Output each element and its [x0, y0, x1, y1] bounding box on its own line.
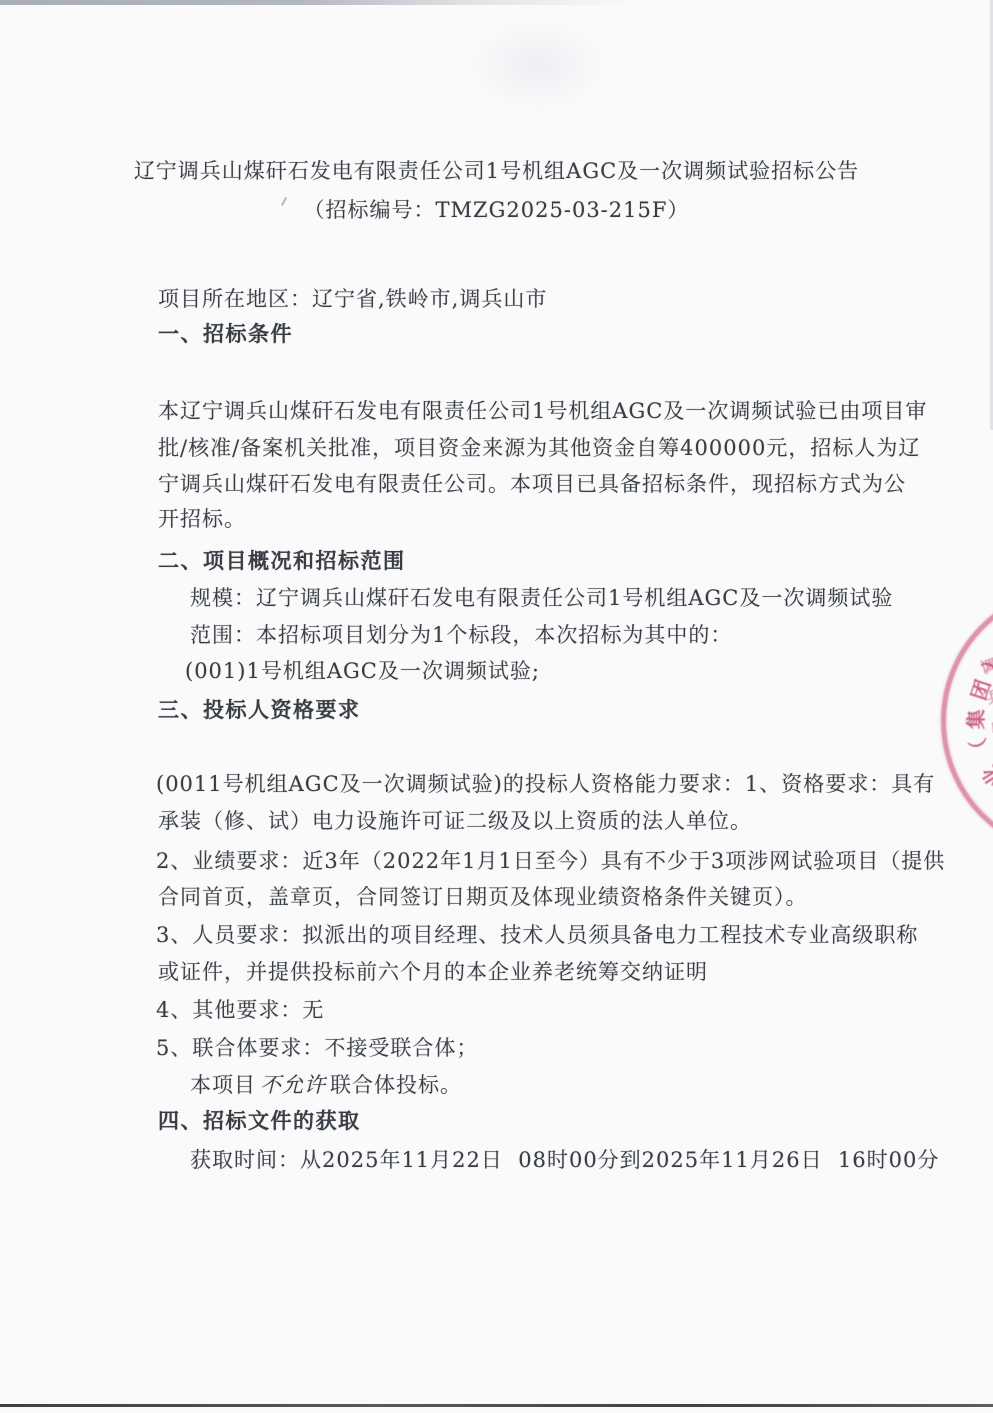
lot-line: (001)1号机组AGC及一次调频试验;: [185, 658, 540, 684]
qualification-line: 3、人员要求：拟派出的项目经理、技术人员须具备电力工程技术专业高级职称: [156, 922, 918, 948]
joint-venture-line: 本项目不允许联合体投标。: [190, 1072, 462, 1098]
qualification-line: 合同首页，盖章页，合同签订日期页及体现业绩资格条件关键页）。: [158, 884, 808, 910]
scan-artifact-top-edge: [0, 0, 993, 5]
jv-prefix: 本项目: [190, 1073, 256, 1097]
qualification-line: 4、其他要求：无: [156, 997, 324, 1023]
section-heading-1: 一、招标条件: [158, 321, 293, 347]
stamp-ring-char: 集: [964, 707, 988, 731]
section1-paragraph-line: 本辽宁调兵山煤矸石发电有限责任公司1号机组AGC及一次调频试验已由项目审: [158, 398, 927, 424]
doc-subtitle-tender-number: （招标编号：TMZG2025-03-215F）: [0, 197, 993, 223]
stamp-inner-char: 兵: [984, 686, 993, 707]
qualification-line: 或证件，并提供投标前六个月的本企业养老统筹交纳证明: [158, 959, 708, 985]
section-heading-3: 三、投标人资格要求: [158, 697, 361, 723]
section-heading-4: 四、招标文件的获取: [158, 1108, 361, 1134]
scan-artifact-smudge: [468, 18, 608, 113]
jv-not-allowed-italic: 不允许: [260, 1073, 326, 1097]
stamp-inner-char: 调: [978, 656, 993, 679]
qualification-line: 2、业绩要求：近3年（2022年1月1日至今）具有不少于3项涉网试验项目（提供: [156, 848, 945, 874]
section1-paragraph-line: 宁调兵山煤矸石发电有限责任公司。本项目已具备招标条件，现招标方式为公: [158, 471, 906, 497]
qualification-line: (0011号机组AGC及一次调频试验)的投标人资格能力要求：1、资格要求：具有: [156, 771, 935, 797]
section1-paragraph-line: 批/核准/备案机关批准，项目资金来源为其他资金自筹400000元，招标人为辽: [158, 435, 920, 461]
project-scale-line: 规模：辽宁调兵山煤矸石发电有限责任公司1号机组AGC及一次调频试验: [190, 585, 893, 611]
stamp-inner-char: 山: [989, 717, 993, 737]
qualification-line: 承装（修、试）电力设施许可证二级及以上资质的法人单位。: [158, 808, 752, 834]
company-stamp: ） 团 集 （ 业 煤 调 兵 山: [941, 585, 993, 857]
qualification-line: 5、联合体要求：不接受联合体；: [156, 1035, 478, 1061]
stamp-ring-char: 业: [976, 759, 993, 792]
section1-paragraph-line: 开招标。: [158, 506, 246, 532]
scanned-document-page: 辽宁调兵山煤矸石发电有限责任公司1号机组AGC及一次调频试验招标公告 （招标编号…: [0, 0, 993, 1413]
project-scope-line: 范围：本招标项目划分为1个标段，本次招标为其中的：: [190, 622, 732, 648]
project-location-line: 项目所在地区：辽宁省,铁岭市,调兵山市: [158, 286, 547, 312]
jv-suffix: 联合体投标。: [330, 1073, 462, 1097]
stamp-ring-char: （: [965, 734, 993, 764]
doc-title: 辽宁调兵山煤矸石发电有限责任公司1号机组AGC及一次调频试验招标公告: [0, 158, 993, 184]
scan-artifact-bottom-edge: [0, 1404, 993, 1407]
obtain-time-line: 获取时间：从2025年11月22日 08时00分到2025年11月26日 16时…: [190, 1147, 939, 1173]
section-heading-2: 二、项目概况和招标范围: [158, 548, 406, 574]
